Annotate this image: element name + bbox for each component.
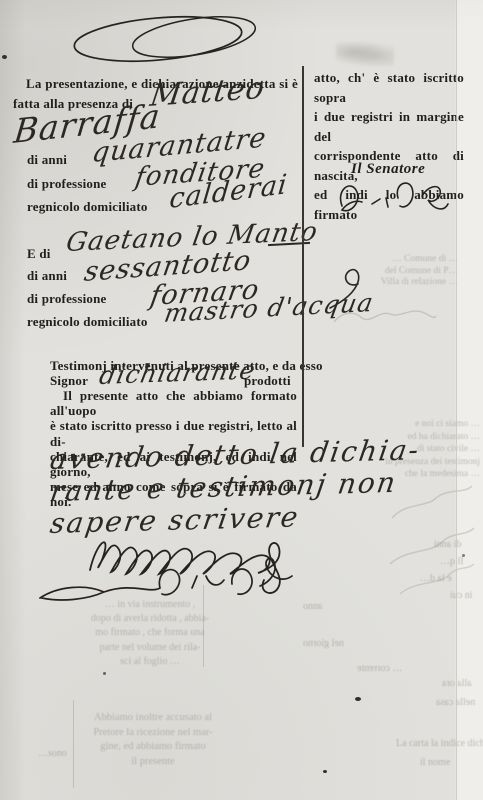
ghost-frag-2: e la d… xyxy=(420,573,452,584)
ghost-left-fragment: …sono xyxy=(38,748,67,759)
signor-label: Signor xyxy=(50,373,88,389)
ink-speck xyxy=(2,55,7,59)
page-fold-line xyxy=(456,0,457,800)
ghost-line: … Comune di … xyxy=(330,254,458,266)
ghost-frag-corrente: … corrente xyxy=(357,663,402,674)
ghost-line: Villa di relazione … xyxy=(330,277,458,289)
faded-stamp-smudge xyxy=(336,42,394,66)
ghost-signature-squiggle xyxy=(330,300,440,330)
ghost-frag-di-anni: di anni xyxy=(434,539,462,550)
field-label-domicilio-1: regnicolo domiciliato xyxy=(27,199,148,215)
ghost-frag-nel-giorno: nel giorno xyxy=(303,638,344,649)
ghost-line: mo firmato , che forma una xyxy=(88,626,212,640)
field-label-professione-1: di professione xyxy=(27,176,107,192)
ghost-line: e noi ci siamo … xyxy=(372,418,480,431)
ghost-line: ed ha dichiarato … xyxy=(372,431,480,444)
handwritten-witness-word: dichiarante xyxy=(97,355,258,390)
right-line: atto, ch' è stato iscritto sopra xyxy=(314,68,464,107)
prodotti-label: prodotti xyxy=(244,373,291,389)
ghost-vertical-rule-2 xyxy=(73,700,74,788)
ghost-line: di stato civile … xyxy=(372,443,480,456)
field-label-e-di: E di xyxy=(27,246,51,262)
ghost-line: gine, ed abbiamo firmato xyxy=(77,740,229,755)
ghost-block-right-mid: e noi ci siamo …ed ha dichiarato …di sta… xyxy=(372,418,480,481)
ghost-block-left-1: … in via instrumento ,dopo di averla rid… xyxy=(88,598,212,669)
field-label-domicilio-2: regnicolo domiciliato xyxy=(27,314,148,330)
field-label-anni-1: di anni xyxy=(27,152,67,168)
ghost-right-bottom-frag: il nome xyxy=(420,757,450,768)
ghost-line: il presente xyxy=(77,755,229,770)
ghost-frag-1: Il q… xyxy=(440,556,464,567)
field-label-anni-2: di anni xyxy=(27,268,67,284)
right-line: i due registri in margine del xyxy=(314,107,464,146)
ink-speck xyxy=(355,697,361,701)
closing-line: Il presente atto che abbiamo formato all… xyxy=(50,388,297,418)
ghost-line: Abbiamo inoltre accusato al xyxy=(77,711,229,726)
ghost-line: del Comune di P… xyxy=(330,266,458,278)
senatore-signature-right xyxy=(332,176,450,220)
ghost-vertical-rule-1 xyxy=(203,585,204,667)
ink-speck xyxy=(323,770,327,773)
ghost-frag-anno: anno xyxy=(303,601,322,612)
ghost-block-right-top: … Comune di …del Comune di P…Villa di re… xyxy=(330,254,458,289)
ink-speck xyxy=(103,672,106,675)
ink-flourish-ovals xyxy=(68,8,258,70)
ghost-line: in presenza dei testimonj xyxy=(372,456,480,469)
ghost-line: Pretore la ricezione nel mar- xyxy=(77,726,229,741)
ghost-right-bottom-line: La carta la indice dichiaraz… xyxy=(396,738,483,749)
ghost-line: sci al foglio … xyxy=(88,655,212,669)
ghost-line: dopo di averla ridotta , abbia- xyxy=(88,612,212,626)
ghost-block-left-2: Abbiamo inoltre accusato alPretore la ri… xyxy=(77,711,229,769)
ghost-line: … in via instrumento , xyxy=(88,598,212,612)
document-page: La presentazione, e dichiarazione anzide… xyxy=(0,0,483,800)
ghost-frag-3: in cui xyxy=(450,590,473,601)
ghost-line: parte nel volume dei rila- xyxy=(88,641,212,655)
column-divider-rule xyxy=(302,66,304,447)
field-label-professione-2: di professione xyxy=(27,291,107,307)
ink-speck xyxy=(462,554,465,557)
